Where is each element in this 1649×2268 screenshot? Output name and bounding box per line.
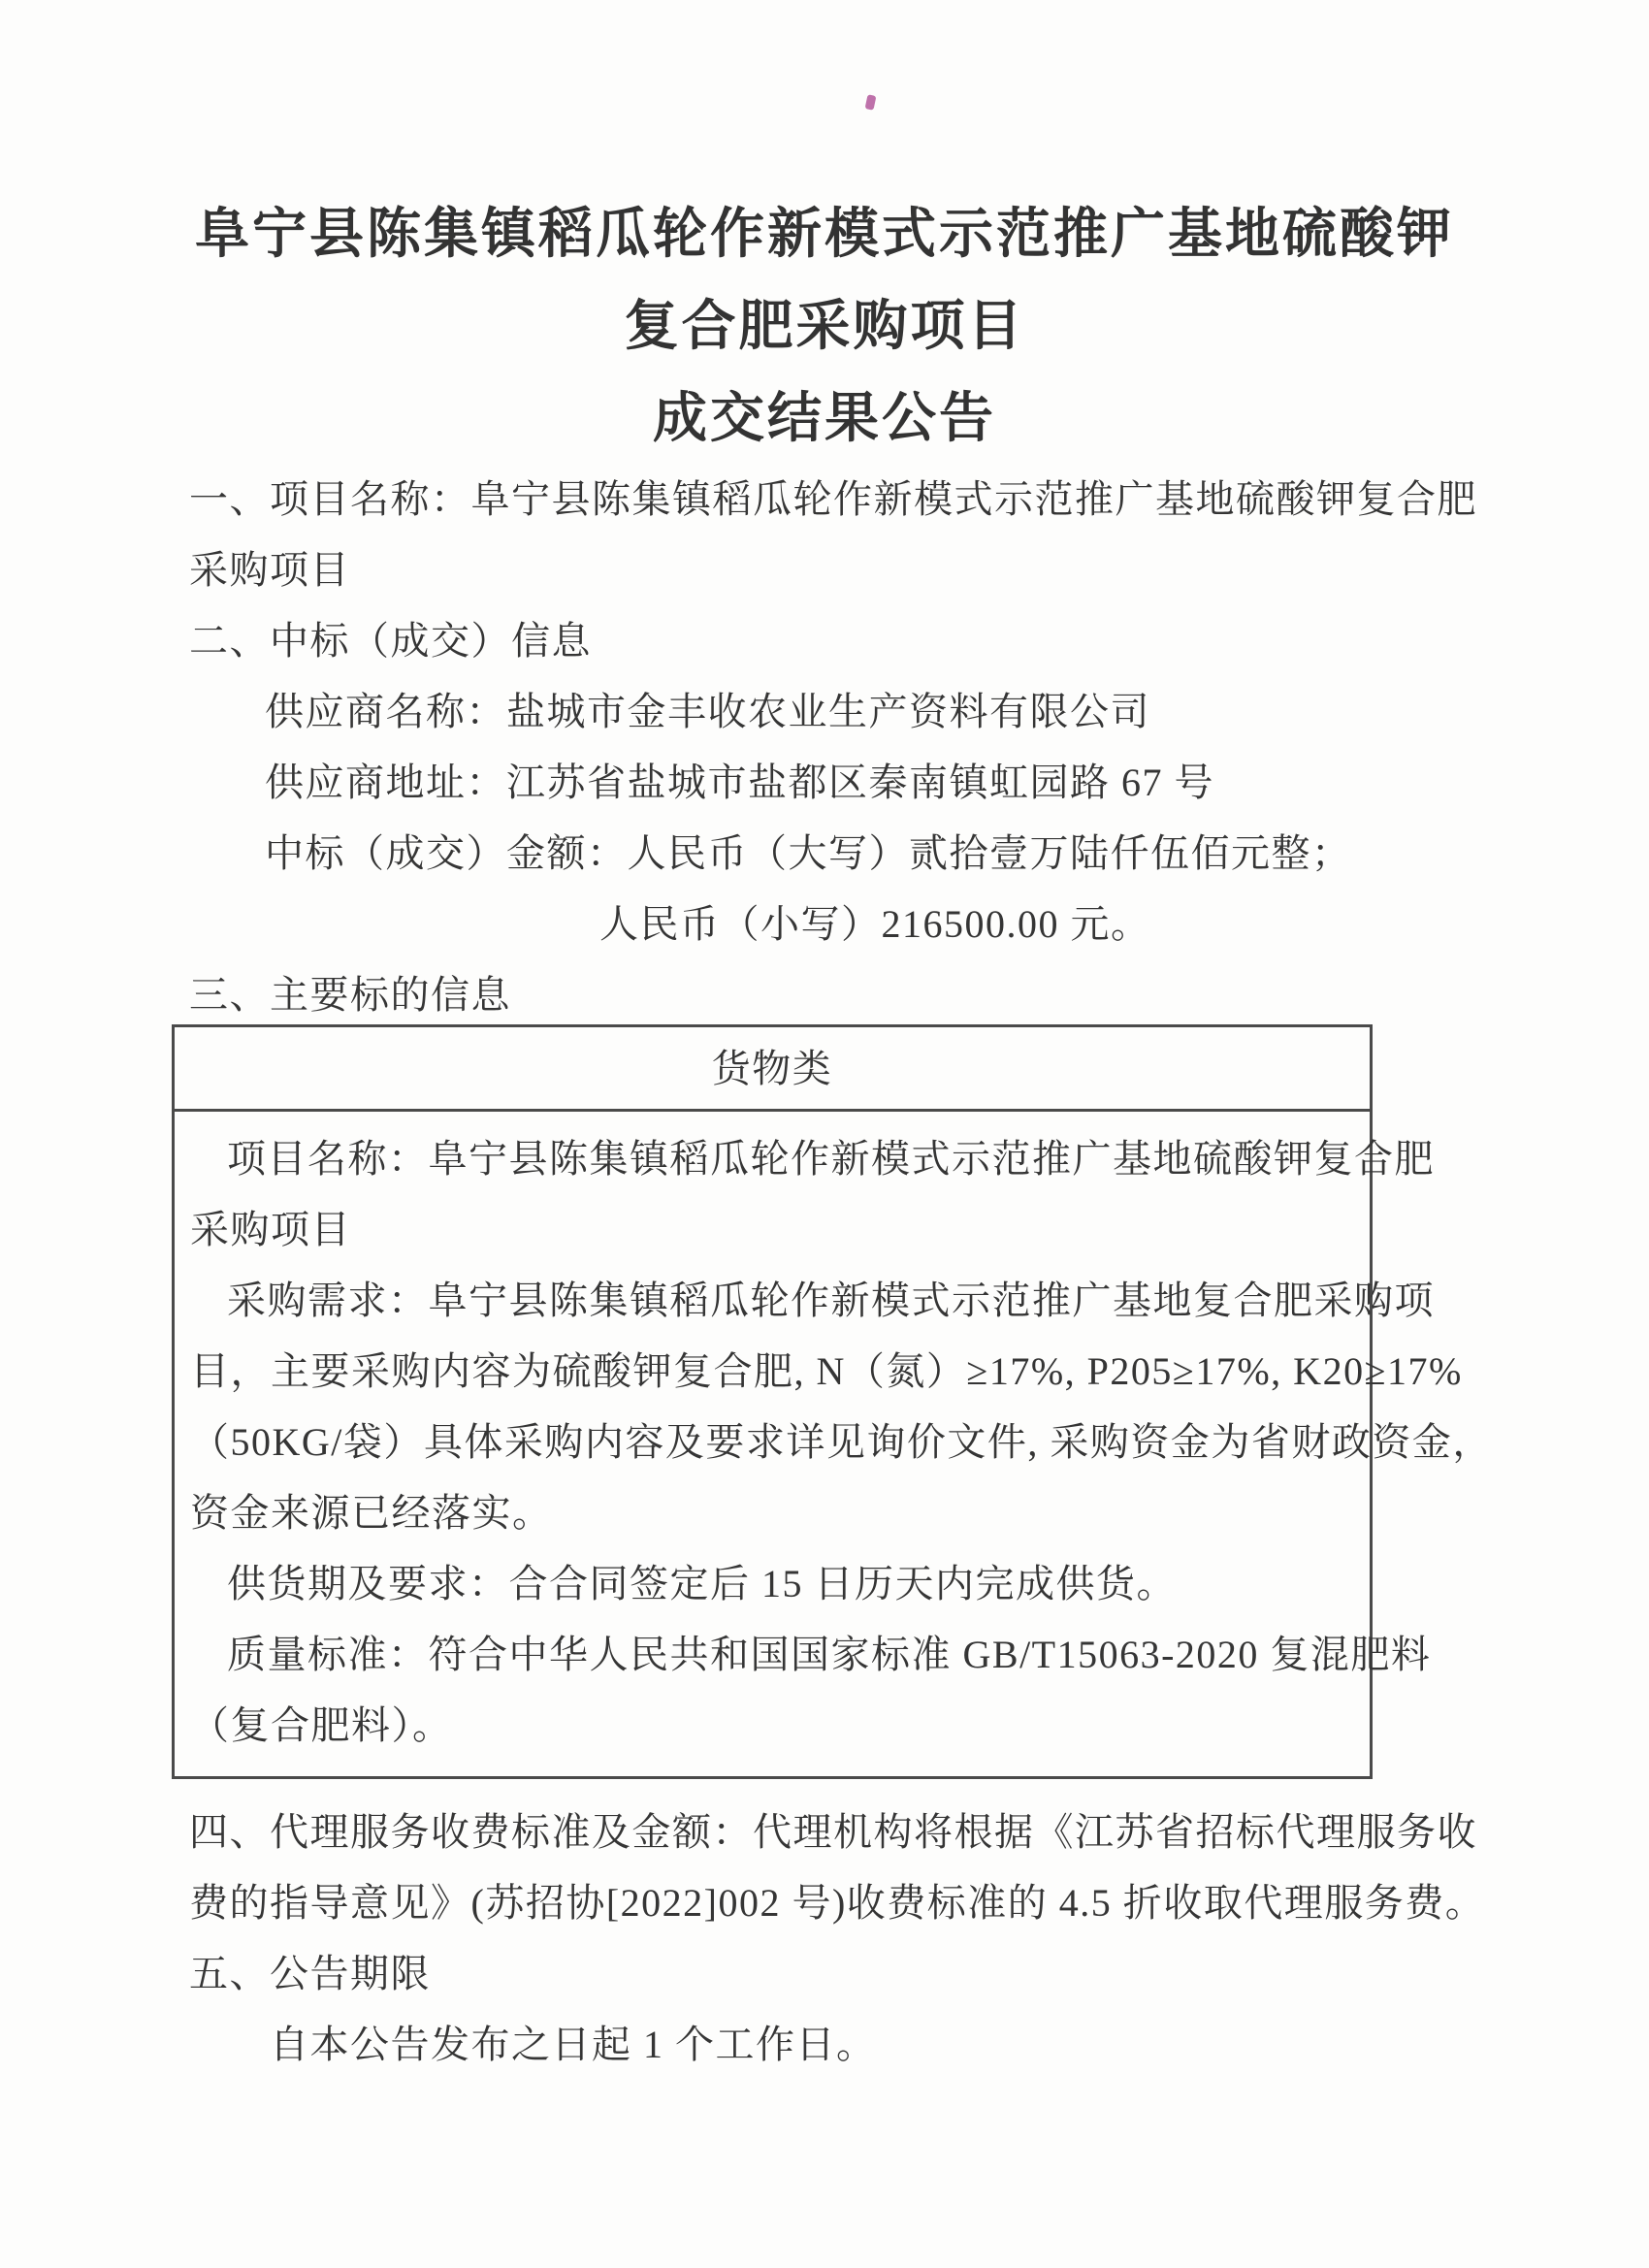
table-procurement-demand-line-3: （50KG/袋）具体采购内容及要求详见询价文件, 采购资金为省财政资金， bbox=[190, 1407, 1352, 1477]
table-procurement-demand-line-1: 采购需求：阜宁县陈集镇稻瓜轮作新模式示范推广基地复合肥采购项 bbox=[190, 1265, 1352, 1336]
document-body: 一、项目名称：阜宁县陈集镇稻瓜轮作新模式示范推广基地硫酸钾复合肥 采购项目 二、… bbox=[0, 464, 1649, 2080]
section2-heading: 二、中标（成交）信息 bbox=[189, 605, 1649, 676]
award-amount-in-figures: 人民币（小写）216500.00 元。 bbox=[189, 889, 1649, 959]
table-procurement-demand-line-4: 资金来源已经落实。 bbox=[190, 1477, 1352, 1548]
document-title-line-1: 阜宁县陈集镇稻瓜轮作新模式示范推广基地硫酸钾 bbox=[0, 187, 1649, 279]
section5-heading: 五、公告期限 bbox=[189, 1938, 1649, 2009]
table-procurement-demand-line-2: 目，主要采购内容为硫酸钾复合肥, N（氮）≥17%, P205≥17%, K20… bbox=[190, 1336, 1352, 1407]
document-title: 阜宁县陈集镇稻瓜轮作新模式示范推广基地硫酸钾 复合肥采购项目 成交结果公告 bbox=[0, 0, 1649, 464]
section1-project-name-line-2: 采购项目 bbox=[189, 535, 1649, 605]
document-title-line-3: 成交结果公告 bbox=[0, 372, 1649, 464]
table-quality-standard-line-2: （复合肥料）。 bbox=[190, 1690, 1352, 1761]
goods-table-header-cell: 货物类 bbox=[175, 1027, 1370, 1112]
announcement-period: 自本公告发布之日起 1 个工作日。 bbox=[189, 2009, 1649, 2080]
section4-agency-fee-line-2: 费的指导意见》(苏招协[2022]002 号)收费标准的 4.5 折收取代理服务… bbox=[189, 1867, 1649, 1938]
table-project-name-line-1: 项目名称：阜宁县陈集镇稻瓜轮作新模式示范推广基地硫酸钾复合肥 bbox=[190, 1123, 1352, 1194]
section3-heading: 三、主要标的信息 bbox=[189, 959, 1649, 1030]
award-amount-in-words: 中标（成交）金额：人民币（大写）贰拾壹万陆仟伍佰元整； bbox=[189, 818, 1649, 889]
goods-table-body-cell: 项目名称：阜宁县陈集镇稻瓜轮作新模式示范推广基地硫酸钾复合肥 采购项目 采购需求… bbox=[175, 1112, 1370, 1776]
table-quality-standard-line-1: 质量标准：符合中华人民共和国国家标准 GB/T15063-2020 复混肥料 bbox=[190, 1619, 1352, 1690]
supplier-name: 供应商名称：盐城市金丰收农业生产资料有限公司 bbox=[189, 676, 1649, 747]
section1-project-name-line-1: 一、项目名称：阜宁县陈集镇稻瓜轮作新模式示范推广基地硫酸钾复合肥 bbox=[189, 464, 1649, 535]
table-project-name-line-2: 采购项目 bbox=[190, 1194, 1352, 1265]
section4-agency-fee-line-1: 四、代理服务收费标准及金额：代理机构将根据《江苏省招标代理服务收 bbox=[189, 1797, 1649, 1867]
supplier-address: 供应商地址：江苏省盐城市盐都区秦南镇虹园路 67 号 bbox=[189, 747, 1649, 818]
table-delivery-terms: 供货期及要求：合合同签定后 15 日历天内完成供货。 bbox=[190, 1548, 1352, 1619]
document-title-line-2: 复合肥采购项目 bbox=[0, 279, 1649, 372]
goods-info-table: 货物类 项目名称：阜宁县陈集镇稻瓜轮作新模式示范推广基地硫酸钾复合肥 采购项目 … bbox=[172, 1024, 1373, 1779]
scanned-document-page: 阜宁县陈集镇稻瓜轮作新模式示范推广基地硫酸钾 复合肥采购项目 成交结果公告 一、… bbox=[0, 0, 1649, 2268]
